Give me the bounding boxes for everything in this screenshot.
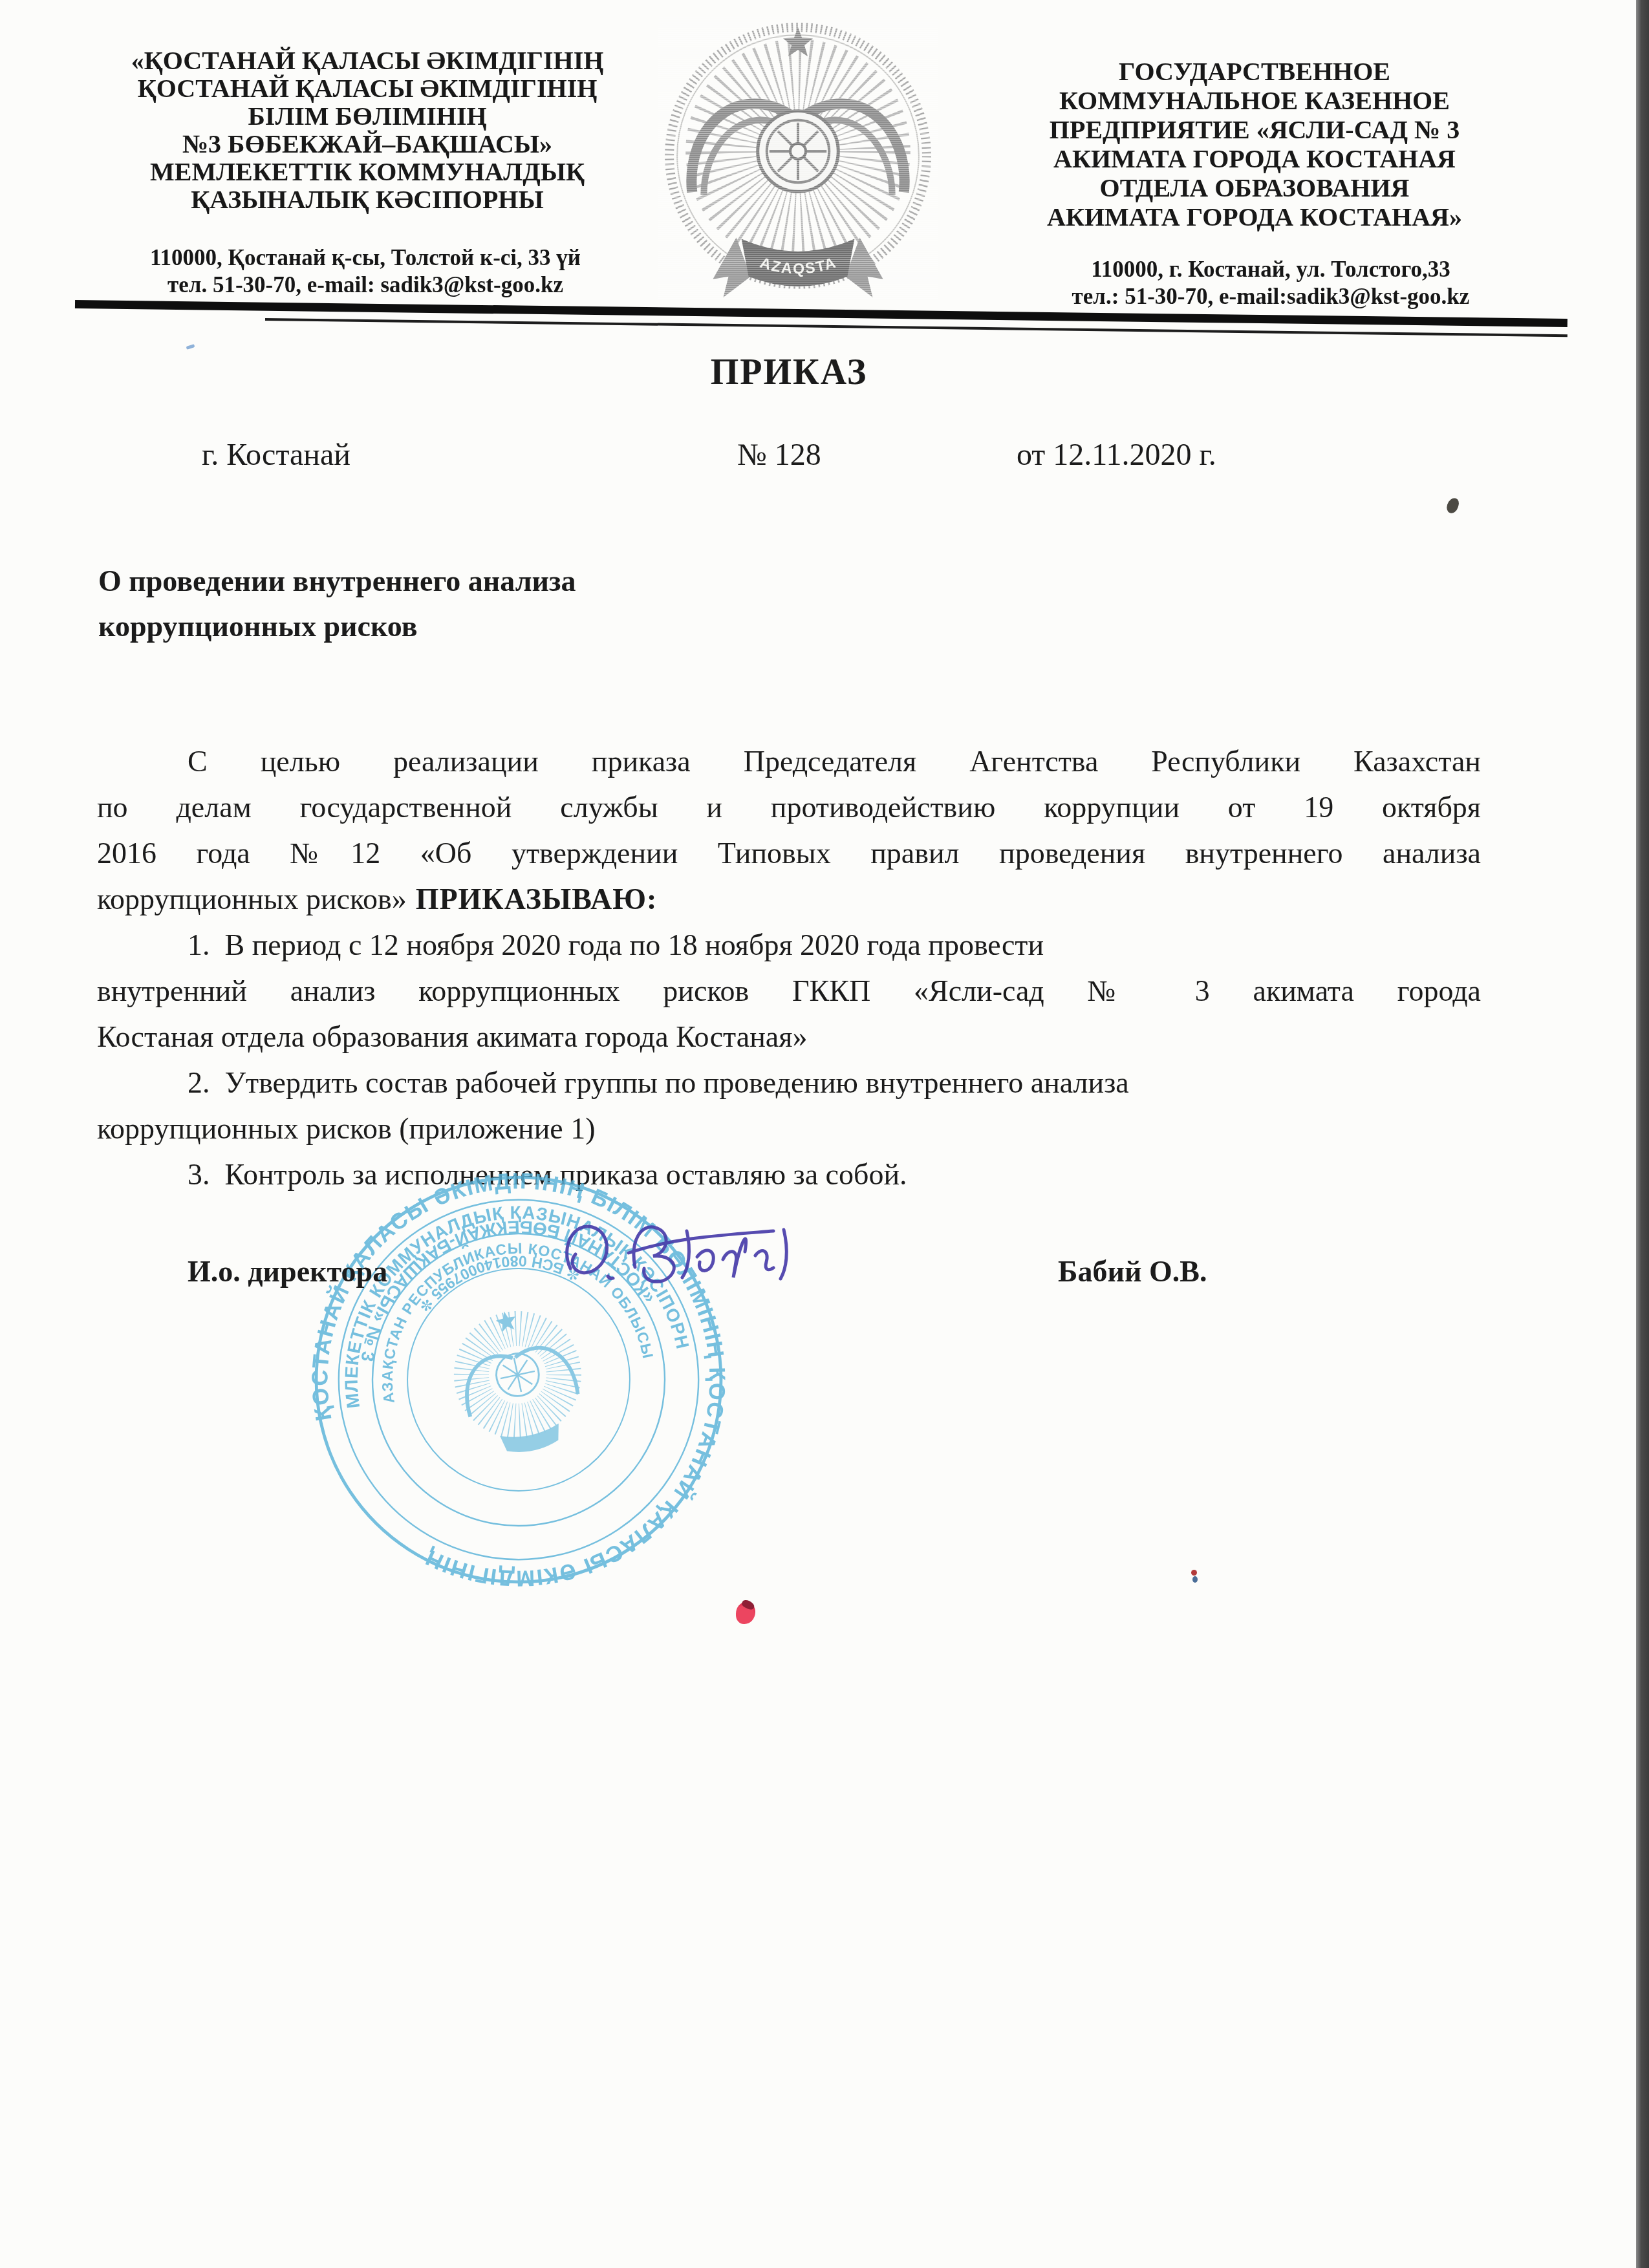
org-line: ҚОСТАНАЙ ҚАЛАСЫ ӘКІМДІГІНІҢ [109,74,626,102]
body-line-text: коррупционных рисков» [97,883,407,915]
kazakhstan-coat-of-arms-icon: QAZAQSTAN [658,17,938,299]
org-line: «ҚОСТАНАЙ ҚАЛАСЫ ӘКІМДІГІНІҢ [109,47,626,74]
org-line: ОТДЕЛА ОБРАЗОВАНИЯ [999,173,1510,202]
tiny-red-speck [1191,1570,1197,1576]
blue-pen-dash [186,344,195,350]
red-ink-blot [736,1602,755,1624]
list-item-line: внутренний анализ коррупционных рисков Г… [97,968,1481,1014]
list-item-line: коррупционных рисков (приложение 1) [97,1106,1481,1151]
order-number: № 128 [737,437,821,473]
document-page: «ҚОСТАНАЙ ҚАЛАСЫ ӘКІМДІГІНІҢ ҚОСТАНАЙ ҚА… [0,0,1649,2268]
address-line: тел.: 51-30-70, e-mail:sadik3@kst-goo.kz [993,283,1549,310]
body-line: коррупционных рисков»ПРИКАЗЫВАЮ: [97,876,1481,922]
scan-edge-shadow [1636,0,1649,2268]
body-line: 2016 года №12 «Об утверждении Типовых пр… [97,830,1481,876]
org-address-russian: 110000, г. Костанай, ул. Толстого,33 тел… [993,256,1549,310]
list-item-line: 2. Утвердить состав рабочей группы по пр… [97,1060,1481,1106]
org-line: АКИМАТА ГОРОДА КОСТАНАЯ [999,144,1510,173]
org-name-russian: ГОСУДАРСТВЕННОЕ КОММУНАЛЬНОЕ КАЗЕННОЕ ПР… [999,57,1510,231]
subject-line: коррупционных рисков [98,604,1004,649]
order-date: от 12.11.2020 г. [1017,437,1216,473]
handwritten-signature [551,1191,835,1333]
org-line: БІЛІМ БӨЛІМІНІҢ [109,102,626,130]
signer-role: И.о. директора [188,1254,387,1289]
org-address-kazakh: 110000, Қостанай қ-сы, Толстой к-сі, 33 … [97,244,634,299]
order-title: ПРИКАЗ [97,352,1481,393]
address-line: 110000, Қостанай қ-сы, Толстой к-сі, 33 … [97,244,634,272]
org-name-kazakh: «ҚОСТАНАЙ ҚАЛАСЫ ӘКІМДІГІНІҢ ҚОСТАНАЙ ҚА… [109,47,626,213]
address-line: 110000, г. Костанай, ул. Толстого,33 [993,256,1549,283]
org-line: МЕМЛЕКЕТТІК КОММУНАЛДЫҚ [109,158,626,186]
signer-name: Бабий О.В. [1058,1254,1207,1289]
list-item-line: Костаная отдела образования акимата горо… [97,1014,1481,1060]
org-line: ҚАЗЫНАЛЫҚ КӘСІПОРНЫ [109,186,626,213]
subject-line: О проведении внутреннего анализа [98,559,1004,604]
order-body: С целью реализации приказа Председателя … [97,738,1481,1197]
order-meta-row: г. Костанай № 128 от 12.11.2020 г. [0,437,1649,482]
org-line: КОММУНАЛЬНОЕ КАЗЕННОЕ [999,86,1510,115]
org-line: ГОСУДАРСТВЕННОЕ [999,57,1510,86]
dark-speck [1445,497,1461,515]
body-line: по делам государственной службы и против… [97,784,1481,830]
tiny-blue-speck [1192,1576,1198,1583]
order-place: г. Костанай [202,437,350,473]
order-verb: ПРИКАЗЫВАЮ: [416,883,658,915]
org-line: АКИМАТА ГОРОДА КОСТАНАЯ» [999,202,1510,231]
org-line: №3 БӨБЕКЖАЙ–БАҚШАСЫ» [109,130,626,158]
order-subject: О проведении внутреннего анализа коррупц… [98,559,1004,649]
list-item-line: 1. В период с 12 ноября 2020 года по 18 … [97,922,1481,968]
body-line: С целью реализации приказа Председателя … [97,738,1481,784]
org-line: ПРЕДПРИЯТИЕ «ЯСЛИ-САД № 3 [999,115,1510,144]
address-line: тел. 51-30-70, e-mail: sadik3@kst-goo.kz [97,272,634,299]
